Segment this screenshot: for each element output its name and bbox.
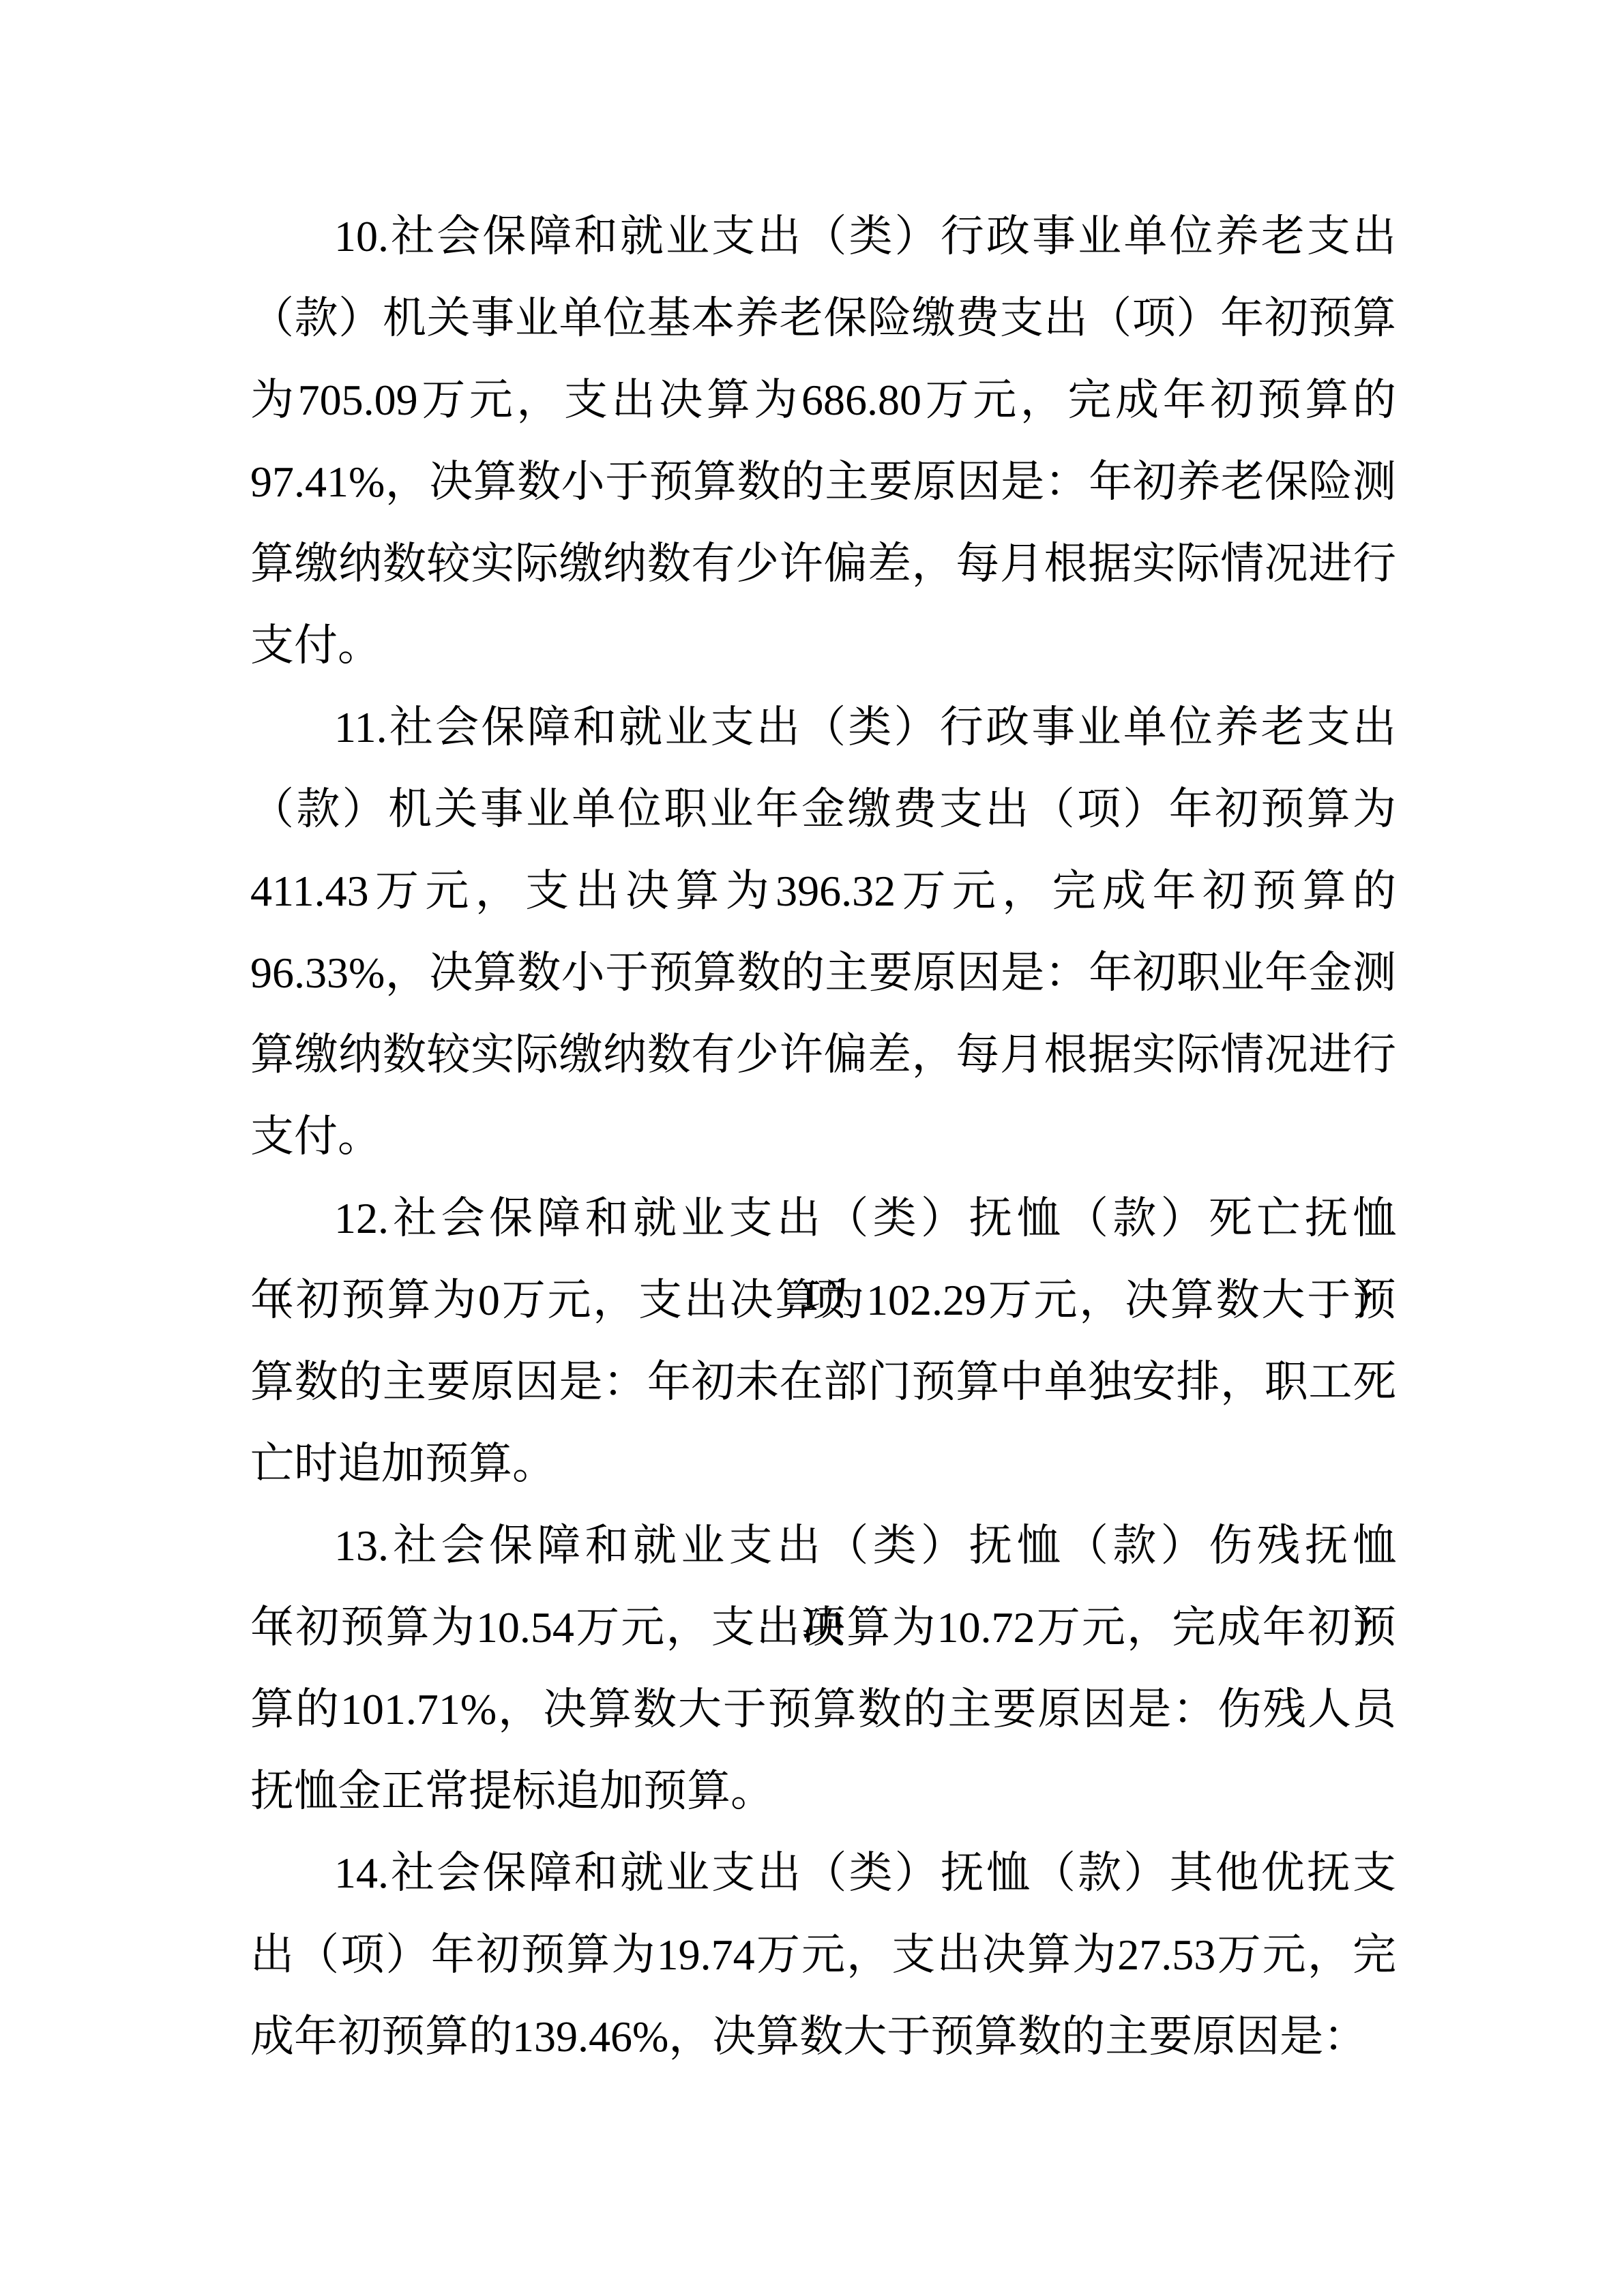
paragraph: 14.社会保障和就业支出（类）抚恤（款）其他优抚支出（项）年初预算为19.74万… [250,1832,1396,2078]
text-line: 13.社会保障和就业支出（类）抚恤（款）伤残抚恤（项） [250,1505,1396,1587]
text-line: 96.33%，决算数小于预算数的主要原因是：年初职业年金测 [250,932,1396,1014]
text-line: 支付。 [250,1096,1396,1178]
text-line: 11.社会保障和就业支出（类）行政事业单位养老支出 [250,687,1396,769]
text-line: 成年初预算的139.46%，决算数大于预算数的主要原因是： [250,1996,1396,2078]
paragraph: 10.社会保障和就业支出（类）行政事业单位养老支出（款）机关事业单位基本养老保险… [250,196,1396,687]
text-line: 抚恤金正常提标追加预算。 [250,1750,1396,1832]
text-line: 亡时追加预算。 [250,1423,1396,1505]
paragraph: 11.社会保障和就业支出（类）行政事业单位养老支出（款）机关事业单位职业年金缴费… [250,687,1396,1178]
text-line: （款）机关事业单位职业年金缴费支出（项）年初预算为 [250,769,1396,850]
text-line: 年初预算为0万元，支出决算为102.29万元，决算数大于预 [250,1259,1396,1341]
paragraph: 12.社会保障和就业支出（类）抚恤（款）死亡抚恤（项）年初预算为0万元，支出决算… [250,1178,1396,1505]
text-line: 算的101.71%，决算数大于预算数的主要原因是：伤残人员 [250,1669,1396,1750]
text-line: 年初预算为10.54万元，支出决算为10.72万元，完成年初预 [250,1587,1396,1669]
text-line: 14.社会保障和就业支出（类）抚恤（款）其他优抚支 [250,1832,1396,1914]
text-line: 10.社会保障和就业支出（类）行政事业单位养老支出 [250,196,1396,278]
text-line: 算缴纳数较实际缴纳数有少许偏差，每月根据实际情况进行 [250,523,1396,605]
text-line: （款）机关事业单位基本养老保险缴费支出（项）年初预算 [250,278,1396,359]
text-line: 支付。 [250,605,1396,687]
text-line: 为705.09万元，支出决算为686.80万元，完成年初预算的 [250,359,1396,441]
page-body: 10.社会保障和就业支出（类）行政事业单位养老支出（款）机关事业单位基本养老保险… [250,196,1396,2078]
text-line: 算数的主要原因是：年初未在部门预算中单独安排，职工死 [250,1341,1396,1423]
text-line: 出（项）年初预算为19.74万元，支出决算为27.53万元，完 [250,1914,1396,1996]
text-line: 算缴纳数较实际缴纳数有少许偏差，每月根据实际情况进行 [250,1014,1396,1096]
text-line: 12.社会保障和就业支出（类）抚恤（款）死亡抚恤（项） [250,1178,1396,1259]
paragraph: 13.社会保障和就业支出（类）抚恤（款）伤残抚恤（项）年初预算为10.54万元，… [250,1505,1396,1832]
text-line: 411.43万元，支出决算为396.32万元，完成年初预算的 [250,850,1396,932]
text-line: 97.41%，决算数小于预算数的主要原因是：年初养老保险测 [250,441,1396,523]
document-page: 10.社会保障和就业支出（类）行政事业单位养老支出（款）机关事业单位基本养老保险… [0,0,1624,2296]
